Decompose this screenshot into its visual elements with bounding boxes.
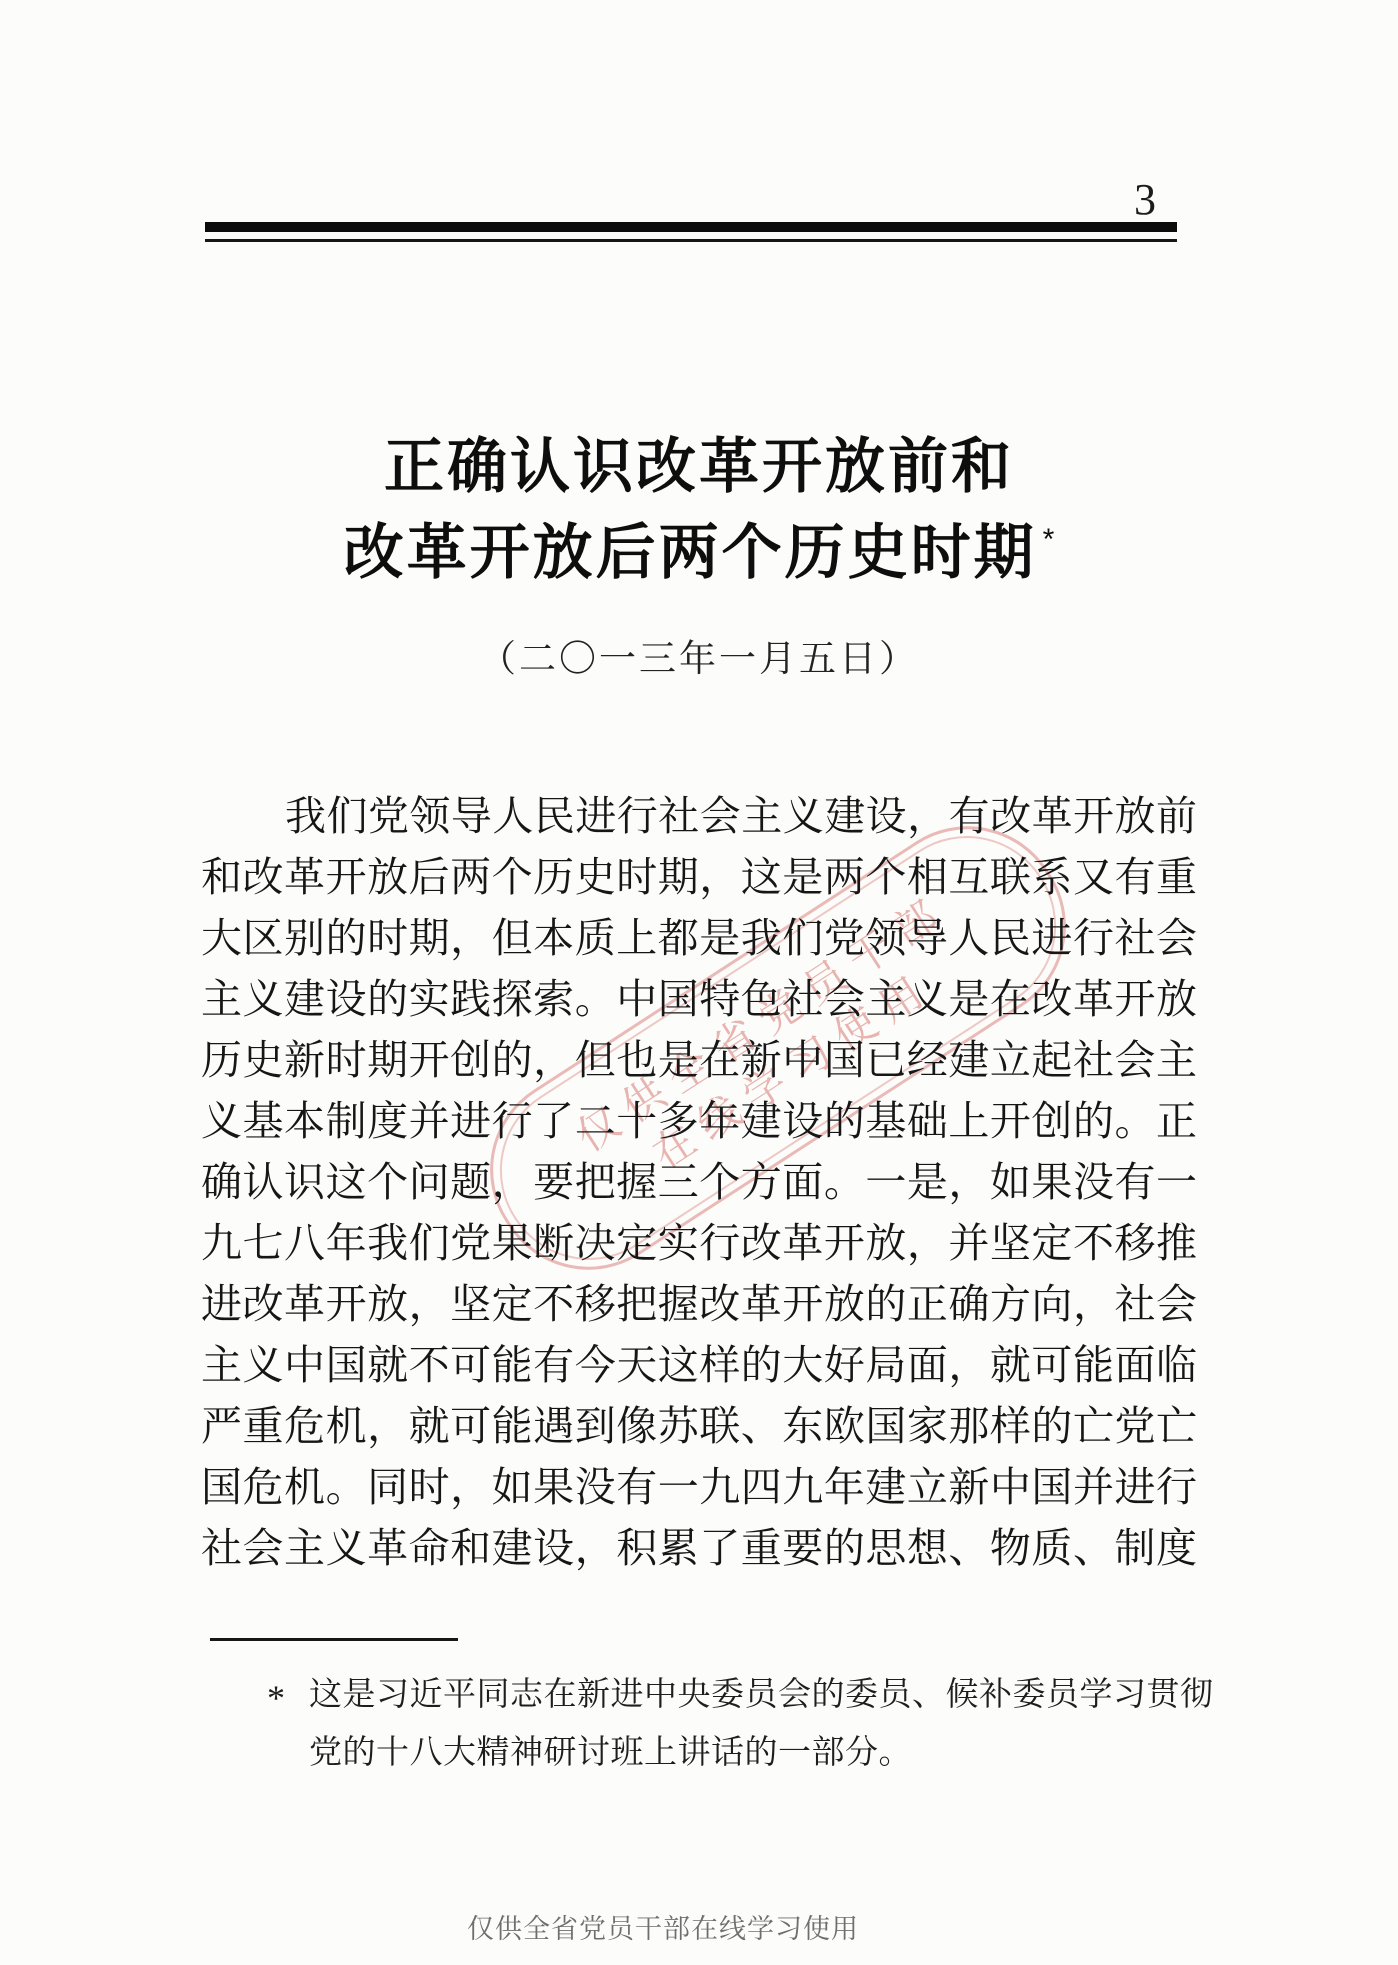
body-line: 九七八年我们党果断决定实行改革开放，并坚定不移推 (201, 1213, 1197, 1274)
footnote-asterisk: * (267, 1680, 285, 1716)
body-line: 严重危机，就可能遇到像苏联、东欧国家那样的亡党亡 (201, 1396, 1197, 1457)
body-line: 进改革开放，坚定不移把握改革开放的正确方向，社会 (201, 1274, 1197, 1335)
header-rule-thin (205, 239, 1177, 242)
footnote-text-line2: 党的十八大精神研讨班上讲话的一部分。 (309, 1732, 1229, 1774)
footnote-separator-rule (210, 1638, 458, 1641)
title-footnote-asterisk: * (1043, 523, 1055, 556)
body-line: 主义建设的实践探索。中国特色社会主义是在改革开放 (201, 969, 1197, 1030)
article-title-line1: 正确认识改革开放前和 (200, 424, 1198, 510)
page-number: 3 (1100, 178, 1190, 222)
body-line: 确认识这个问题，要把握三个方面。一是，如果没有一 (201, 1152, 1197, 1213)
body-line: 社会主义革命和建设，积累了重要的思想、物质、制度 (201, 1518, 1197, 1579)
body-line: 和改革开放后两个历史时期，这是两个相互联系又有重 (201, 847, 1197, 908)
body-text: 我们党领导人民进行社会主义建设，有改革开放前和改革开放后两个历史时期，这是两个相… (201, 786, 1197, 1579)
body-line: 我们党领导人民进行社会主义建设，有改革开放前 (201, 786, 1197, 847)
scanned-document-page: 3 仅供全省党员干部 在线学习使用 正确认识改革开放前和 改革开放后两个历史时期… (0, 0, 1398, 1965)
body-line: 主义中国就不可能有今天这样的大好局面，就可能面临 (201, 1335, 1197, 1396)
body-line: 历史新时期开创的，但也是在新中国已经建立起社会主 (201, 1030, 1197, 1091)
article-title-line2: 改革开放后两个历史时期* (200, 510, 1198, 607)
body-line: 国危机。同时，如果没有一九四九年建立新中国并进行 (201, 1457, 1197, 1518)
article-title: 正确认识改革开放前和 改革开放后两个历史时期* (200, 424, 1198, 607)
footer-usage-notice: 仅供全省党员干部在线学习使用 (0, 1912, 1362, 1946)
body-line: 义基本制度并进行了二十多年建设的基础上开创的。正 (201, 1091, 1197, 1152)
speech-date: （二〇一三年一月五日） (200, 638, 1198, 682)
footnote-text-line1: 这是习近平同志在新进中央委员会的委员、候补委员学习贯彻 (309, 1674, 1229, 1716)
body-line: 大区别的时期，但本质上都是我们党领导人民进行社会 (201, 908, 1197, 969)
header-rule-thick (205, 222, 1177, 232)
